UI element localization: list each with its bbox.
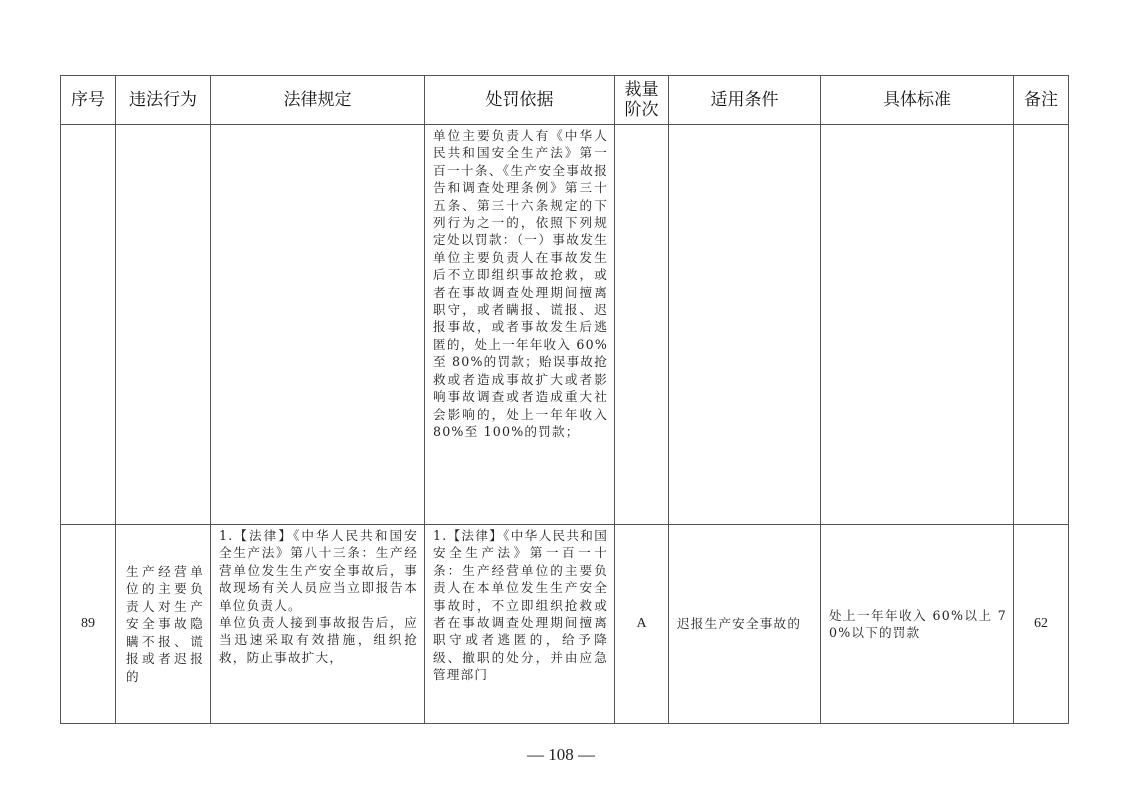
table-row: 89 生产经营单位的主要负责人对生产安全事故隐瞒不报、谎报或者迟报的 1.【法律… <box>61 525 1069 724</box>
penalty-basis-text: 1.【法律】《中华人民共和国安全生产法》第一百一十条：生产经营单位的主要负责人在… <box>425 525 614 686</box>
cell-standard <box>821 125 1014 525</box>
cell-level <box>615 125 669 525</box>
header-penalty-basis: 处罚依据 <box>425 76 615 125</box>
penalty-discretion-table: 序号 违法行为 法律规定 处罚依据 裁量 阶次 适用条件 具体标准 备注 单位主… <box>60 75 1069 724</box>
cell-penalty-basis: 单位主要负责人有《中华人民共和国安全生产法》第一百一十条、《生产安全事故报告和调… <box>425 125 615 525</box>
header-specific-standard: 具体标准 <box>821 76 1014 125</box>
legal-provision-text: 1.【法律】《中华人民共和国安全生产法》第八十三条：生产经营单位发生生产安全事故… <box>211 525 424 668</box>
header-discretion-level: 裁量 阶次 <box>615 76 669 125</box>
condition-text: 迟报生产安全事故的 <box>669 613 820 634</box>
page-number: — 108 — <box>0 745 1122 765</box>
cell-level: A <box>615 525 669 724</box>
header-note: 备注 <box>1014 76 1069 125</box>
cell-violation: 生产经营单位的主要负责人对生产安全事故隐瞒不报、谎报或者迟报的 <box>116 525 211 724</box>
cell-index <box>61 125 116 525</box>
standard-text: 处上一年年收入 60%以上 70%以下的罚款 <box>821 605 1013 644</box>
table-header-row: 序号 违法行为 法律规定 处罚依据 裁量 阶次 适用条件 具体标准 备注 <box>61 76 1069 125</box>
penalty-basis-text: 单位主要负责人有《中华人民共和国安全生产法》第一百一十条、《生产安全事故报告和调… <box>425 125 614 442</box>
header-applicable-condition: 适用条件 <box>669 76 821 125</box>
violation-text: 生产经营单位的主要负责人对生产安全事故隐瞒不报、谎报或者迟报的 <box>116 561 210 687</box>
header-index: 序号 <box>61 76 116 125</box>
table-row: 单位主要负责人有《中华人民共和国安全生产法》第一百一十条、《生产安全事故报告和调… <box>61 125 1069 525</box>
header-violation: 违法行为 <box>116 76 211 125</box>
cell-note: 62 <box>1014 525 1069 724</box>
cell-note <box>1014 125 1069 525</box>
cell-legal-provision <box>211 125 425 525</box>
cell-legal-provision: 1.【法律】《中华人民共和国安全生产法》第八十三条：生产经营单位发生生产安全事故… <box>211 525 425 724</box>
header-legal-provision: 法律规定 <box>211 76 425 125</box>
cell-penalty-basis: 1.【法律】《中华人民共和国安全生产法》第一百一十条：生产经营单位的主要负责人在… <box>425 525 615 724</box>
cell-violation <box>116 125 211 525</box>
cell-standard: 处上一年年收入 60%以上 70%以下的罚款 <box>821 525 1014 724</box>
cell-condition <box>669 125 821 525</box>
cell-index: 89 <box>61 525 116 724</box>
cell-condition: 迟报生产安全事故的 <box>669 525 821 724</box>
